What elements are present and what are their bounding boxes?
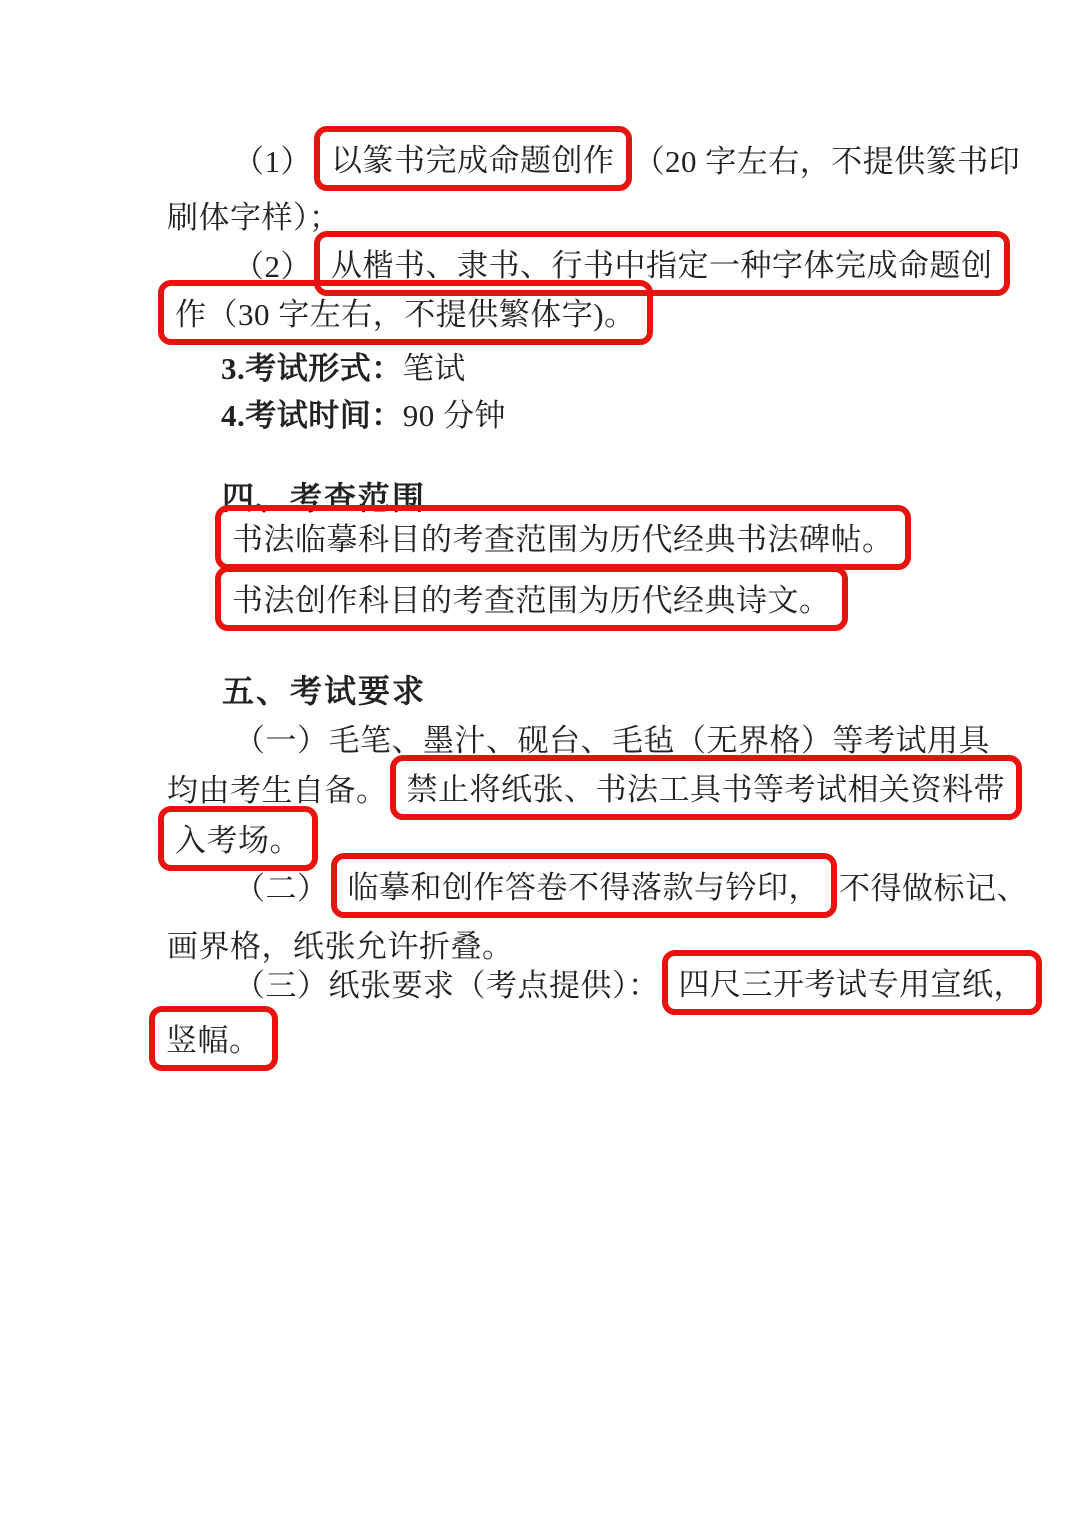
document-page: （1） 以篆书完成命题创作 （20 字左右，不提供篆书印 刷体字样）； （2） …: [0, 0, 1080, 1527]
highlight-box-no-signature-seal: 临摹和创作答卷不得落款与钤印，: [331, 853, 838, 918]
highlight-box-paper-spec: 四尺三开考试专用宣纸，: [662, 950, 1043, 1015]
highlight-box-creation-scope: 书法创作科目的考查范围为历代经典诗文。: [215, 566, 848, 631]
highlight-box-forbidden-materials: 禁止将纸张、书法工具书等考试相关资料带: [390, 755, 1023, 820]
body-text: （20 字左右，不提供篆书印: [634, 127, 1021, 190]
requirement-3-line-2: 竖幅。: [147, 1006, 280, 1071]
list-marker-二: （二）: [234, 854, 329, 917]
scope-creation-line: 书法创作科目的考查范围为历代经典诗文。: [213, 566, 850, 631]
highlight-box-copying-scope: 书法临摹科目的考查范围为历代经典书法碑帖。: [215, 505, 911, 570]
highlight-box-paper-spec-wrap: 竖幅。: [149, 1006, 278, 1071]
exam-duration-line: 4.考试时间： 90 分钟: [221, 381, 506, 444]
requirement-2-line-1: （二） 临摹和创作答卷不得落款与钤印， 不得做标记、: [234, 853, 1028, 918]
exam-duration-value: 90 分钟: [403, 381, 506, 444]
item-1-line-1: （1） 以篆书完成命题创作 （20 字左右，不提供篆书印: [233, 126, 1020, 191]
exam-duration-label: 4.考试时间：: [221, 381, 403, 444]
paper-requirement-label: （三）纸张要求（考点提供）：: [234, 951, 660, 1014]
scope-copying-line: 书法临摹科目的考查范围为历代经典书法碑帖。: [213, 505, 913, 570]
highlight-box-zhuanshu-creation: 以篆书完成命题创作: [314, 126, 632, 191]
body-text: 不得做标记、: [839, 854, 1028, 917]
list-marker-1: （1）: [233, 127, 312, 190]
requirement-3-line-1: （三）纸张要求（考点提供）： 四尺三开考试专用宣纸，: [234, 950, 1044, 1015]
